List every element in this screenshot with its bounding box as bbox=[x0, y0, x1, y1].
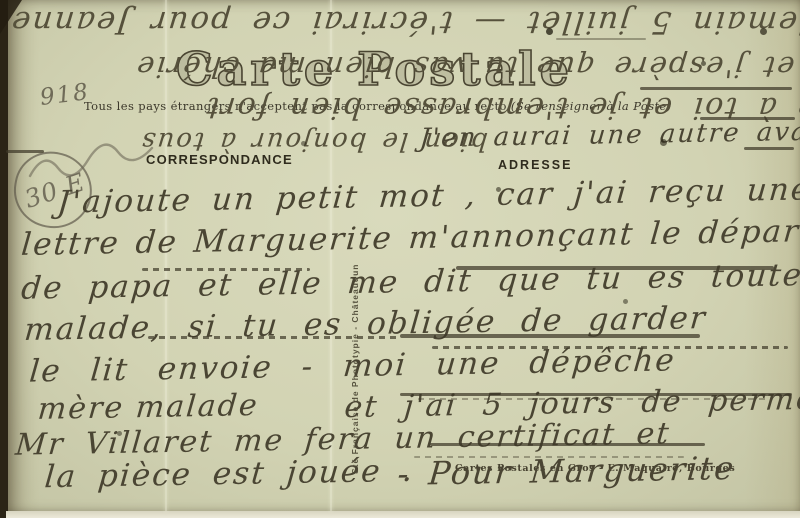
adresse-label: ADRESSE bbox=[498, 158, 572, 172]
handwritten-underline bbox=[432, 346, 788, 349]
handwritten-stroke bbox=[700, 117, 795, 120]
handwriting-line: la pièce est jouée . bbox=[43, 453, 416, 495]
handwritten-underline bbox=[456, 266, 774, 270]
postcard-photo: Carte Postale Tous les pays étrangers n'… bbox=[0, 0, 800, 518]
handwritten-stroke bbox=[744, 147, 794, 150]
handwritten-underline bbox=[142, 268, 310, 271]
scan-edge-bottom bbox=[6, 511, 800, 518]
handwriting-inverted-line: demain 5 juillet — t'écrirai ce pour Jea… bbox=[8, 4, 800, 40]
handwritten-stroke bbox=[640, 87, 792, 90]
handwritten-underline bbox=[400, 334, 700, 338]
handwritten-stroke bbox=[556, 38, 646, 40]
handwritten-stroke bbox=[6, 150, 44, 153]
handwritten-underline bbox=[418, 398, 768, 400]
handwritten-underline bbox=[400, 393, 792, 396]
handwritten-underline bbox=[148, 336, 398, 339]
handwritten-underline bbox=[430, 443, 705, 446]
handwritten-underline bbox=[414, 456, 684, 458]
handwriting-inverted-line: que et j'espère que tu vas bien ma chéri… bbox=[133, 50, 800, 84]
ink-specks bbox=[0, 0, 3, 3]
handwriting-line: mère malade bbox=[36, 388, 260, 427]
